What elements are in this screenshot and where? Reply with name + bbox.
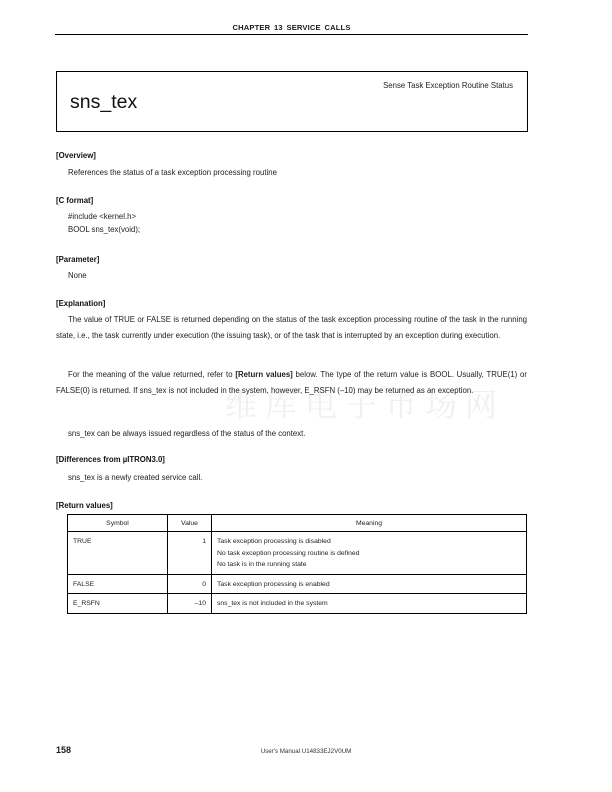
- meaning-line: sns_tex is not included in the system: [217, 598, 521, 610]
- parameter-text: None: [68, 268, 87, 284]
- differences-text: sns_tex is a newly created service call.: [68, 470, 202, 486]
- table-row: FALSE 0 Task exception processing is ena…: [68, 574, 527, 594]
- parameter-heading: [Parameter]: [56, 255, 99, 264]
- return-values-heading: [Return values]: [56, 501, 113, 510]
- meaning-cell: sns_tex is not included in the system: [212, 594, 527, 614]
- value-cell: 1: [168, 532, 212, 575]
- symbol-cell: E_RSFN: [68, 594, 168, 614]
- return-values-table: Symbol Value Meaning TRUE 1 Task excepti…: [67, 514, 527, 614]
- meaning-line: No task is in the running state: [217, 559, 521, 571]
- function-description: Sense Task Exception Routine Status: [383, 81, 513, 90]
- column-header-meaning: Meaning: [212, 515, 527, 532]
- overview-text: References the status of a task exceptio…: [68, 165, 277, 181]
- value-cell: –10: [168, 594, 212, 614]
- table-row: E_RSFN –10 sns_tex is not included in th…: [68, 594, 527, 614]
- column-header-value: Value: [168, 515, 212, 532]
- para2-pre: For the meaning of the value returned, r…: [68, 370, 235, 379]
- explanation-paragraph-2: For the meaning of the value returned, r…: [56, 367, 527, 398]
- meaning-line: Task exception processing is enabled: [217, 579, 521, 591]
- table-header-row: Symbol Value Meaning: [68, 515, 527, 532]
- column-header-symbol: Symbol: [68, 515, 168, 532]
- title-box: sns_tex Sense Task Exception Routine Sta…: [56, 71, 528, 132]
- c-format-heading: [C format]: [56, 196, 93, 205]
- running-header: CHAPTER 13 SERVICE CALLS: [55, 23, 528, 32]
- function-name: sns_tex: [70, 91, 137, 114]
- explanation-heading: [Explanation]: [56, 299, 105, 308]
- meaning-line: Task exception processing is disabled: [217, 536, 521, 548]
- overview-heading: [Overview]: [56, 151, 96, 160]
- meaning-line: No task exception processing routine is …: [217, 548, 521, 560]
- explanation-paragraph-1: The value of TRUE or FALSE is returned d…: [56, 312, 527, 343]
- c-format-line-prototype: BOOL sns_tex(void);: [68, 222, 140, 238]
- header-rule: [55, 34, 528, 35]
- symbol-cell: FALSE: [68, 574, 168, 594]
- differences-heading: [Differences from µITRON3.0]: [56, 455, 165, 464]
- symbol-cell: TRUE: [68, 532, 168, 575]
- explanation-paragraph-3: sns_tex can be always issued regardless …: [68, 426, 306, 442]
- meaning-cell: Task exception processing is disabled No…: [212, 532, 527, 575]
- value-cell: 0: [168, 574, 212, 594]
- table-row: TRUE 1 Task exception processing is disa…: [68, 532, 527, 575]
- manual-id: User's Manual U14833EJ2V0UM: [0, 748, 612, 755]
- return-values-reference: [Return values]: [235, 370, 292, 379]
- meaning-cell: Task exception processing is enabled: [212, 574, 527, 594]
